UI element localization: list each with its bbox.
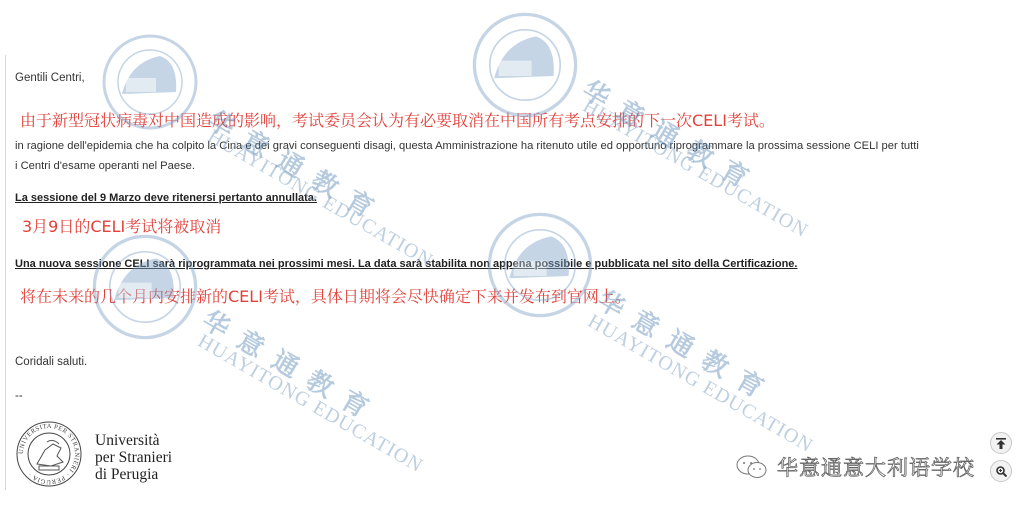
wechat-icon xyxy=(735,454,769,480)
arrow-up-to-top-icon xyxy=(996,438,1006,449)
chinese-annotation-1: 由于新型冠状病毒对中国造成的影响，考试委员会认为有必要取消在中国所有考点安排的下… xyxy=(20,108,775,131)
email-body-line-1: in ragione dell'epidemia che ha colpito … xyxy=(15,140,919,152)
university-seal-icon: UNIVERSITA PER STRANIERI · PERUGIA · xyxy=(15,420,83,488)
signature-separator: -- xyxy=(15,390,23,402)
notice-new-session: Una nuova sessione CELI sarà riprogramma… xyxy=(15,258,797,270)
email-closing: Coridali saluti. xyxy=(15,356,87,368)
chinese-annotation-3: 将在未来的几个月内安排新的CELI考试，具体日期将会尽快确定下来并发布到官网上。 xyxy=(20,284,631,307)
university-name-line-2: per Stranieri xyxy=(95,449,172,466)
chinese-annotation-2: 3月9日的CELI考试将被取消 xyxy=(22,214,221,237)
university-name: Università per Stranieri di Perugia xyxy=(95,432,172,483)
email-greeting: Gentili Centri, xyxy=(15,72,85,84)
wechat-account-tag: 华意通意大利语学校 xyxy=(735,452,975,482)
back-to-top-button[interactable] xyxy=(990,432,1012,454)
university-name-line-3: di Perugia xyxy=(95,466,172,483)
svg-text:UNIVERSITA PER STRANIERI · PER: UNIVERSITA PER STRANIERI · PERUGIA · xyxy=(18,423,80,485)
zoom-button[interactable] xyxy=(990,460,1012,482)
university-name-line-1: Università xyxy=(95,432,172,449)
magnifier-plus-icon xyxy=(996,466,1007,477)
notice-session-cancelled: La sessione del 9 Marzo deve ritenersi p… xyxy=(15,192,317,204)
wechat-account-name: 华意通意大利语学校 xyxy=(777,452,975,482)
email-body-line-2: i Centri d'esame operanti nel Paese. xyxy=(15,160,195,172)
